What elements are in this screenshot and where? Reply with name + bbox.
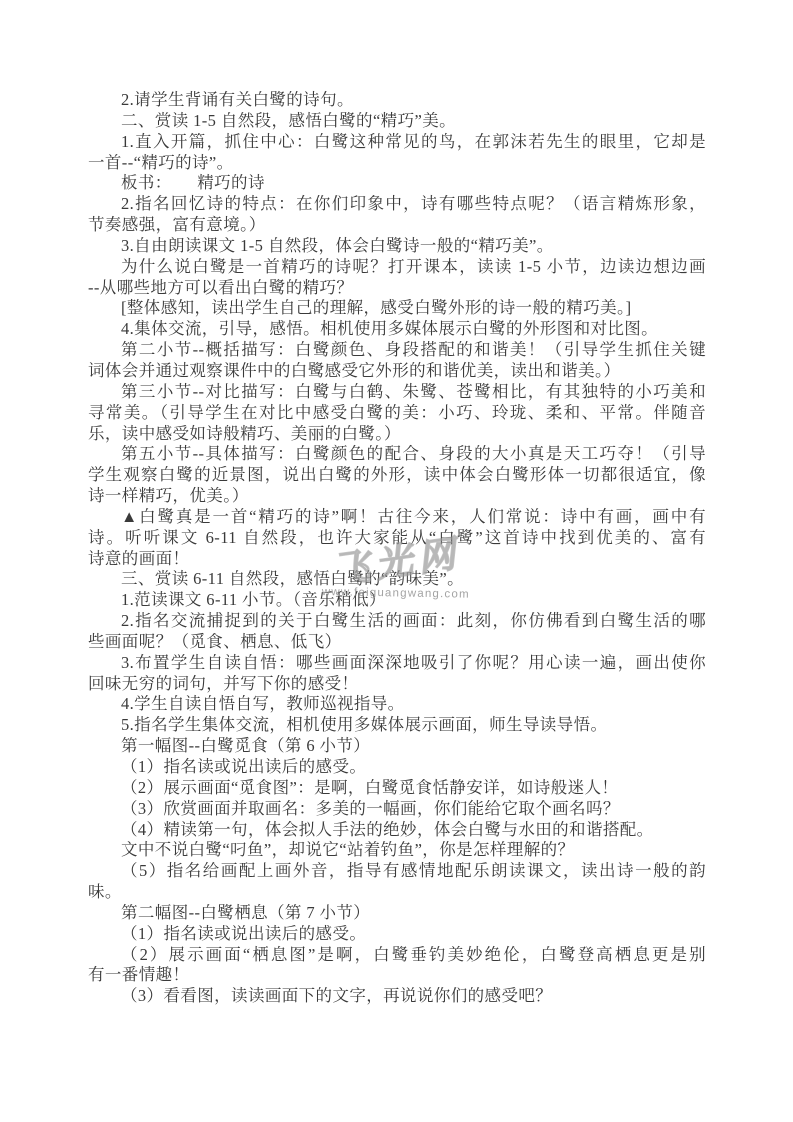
text-line: （1）指名读或说出读后的感受。 bbox=[88, 924, 706, 945]
text-line: 4.集体交流，引导，感悟。相机使用多媒体展示白鹭的外形图和对比图。 bbox=[88, 319, 706, 340]
document-page: 2.请学生背诵有关白鹭的诗句。二、赏读 1-5 自然段，感悟白鹭的“精巧”美。1… bbox=[0, 0, 793, 1122]
text-line: （5）指名给画配上画外音，指导有感情地配乐朗读课文，读出诗一般的韵 bbox=[88, 861, 706, 882]
text-line: 2.指名回忆诗的特点：在你们印象中，诗有哪些特点呢？（语言精炼形象， bbox=[88, 194, 706, 215]
text-line: 学生观察白鹭的近景图，说出白鹭的外形，读中体会白鹭形体一切都很适宜，像 bbox=[88, 465, 706, 486]
text-line: 诗一样精巧，优美。） bbox=[88, 486, 706, 507]
text-line: [整体感知，读出学生自己的理解，感受白鹭外形的诗一般的精巧美。] bbox=[88, 298, 706, 319]
text-line: 3.自由朗读课文 1-5 自然段，体会白鹭诗一般的“精巧美”。 bbox=[88, 236, 706, 257]
text-line: （3）看看图，读读画面下的文字，再说说你们的感受吧？ bbox=[88, 986, 706, 1007]
text-line: 第二幅图--白鹭栖息（第 7 小节） bbox=[88, 903, 706, 924]
text-line: （3）欣赏画面并取画名：多美的一幅画，你们能给它取个画名吗？ bbox=[88, 799, 706, 820]
text-line: 乐，读中感受如诗般精巧、美丽的白鹭。） bbox=[88, 424, 706, 445]
text-line: 寻常美。（引导学生在对比中感受白鹭的美：小巧、玲珑、柔和、平常。伴随音 bbox=[88, 403, 706, 424]
text-line: 一首--“精巧的诗”。 bbox=[88, 153, 706, 174]
text-line: 为什么说白鹭是一首精巧的诗呢？打开课本，读读 1-5 小节，边读边想边画 bbox=[88, 257, 706, 278]
text-line: 板书： 精巧的诗 bbox=[88, 173, 706, 194]
text-line: --从哪些地方可以看出白鹭的精巧？ bbox=[88, 278, 706, 299]
text-line: 第三小节--对比描写：白鹭与白鹤、朱鹭、苍鹭相比，有其独特的小巧美和 bbox=[88, 382, 706, 403]
text-line: （2）展示画面“栖息图”是啊，白鹭垂钓美妙绝伦，白鹭登高栖息更是别 bbox=[88, 945, 706, 966]
text-line: 4.学生自读自悟自写，教师巡视指导。 bbox=[88, 694, 706, 715]
text-line: 三、赏读 6-11 自然段，感悟白鹭的“韵味美”。 bbox=[88, 569, 706, 590]
text-line: 回味无穷的词句，并写下你的感受！ bbox=[88, 674, 706, 695]
text-line: 词体会并通过观察课件中的白鹭感受它外形的和谐优美，读出和谐美。） bbox=[88, 361, 706, 382]
text-line: 些画面呢？（觅食、栖息、低飞） bbox=[88, 632, 706, 653]
text-line: 1.范读课文 6-11 小节。（音乐稍低） bbox=[88, 590, 706, 611]
text-line: 1.直入开篇，抓住中心：白鹭这种常见的鸟，在郭沫若先生的眼里，它却是 bbox=[88, 132, 706, 153]
text-line: 2.指名交流捕捉到的关于白鹭生活的画面：此刻，你仿佛看到白鹭生活的哪 bbox=[88, 611, 706, 632]
text-line: 二、赏读 1-5 自然段，感悟白鹭的“精巧”美。 bbox=[88, 111, 706, 132]
text-line: ▲白鹭真是一首“精巧的诗”啊！古往今来，人们常说：诗中有画，画中有 bbox=[88, 507, 706, 528]
document-body: 2.请学生背诵有关白鹭的诗句。二、赏读 1-5 自然段，感悟白鹭的“精巧”美。1… bbox=[88, 90, 706, 1007]
text-line: 2.请学生背诵有关白鹭的诗句。 bbox=[88, 90, 706, 111]
text-line: （2）展示画面“觅食图”：是啊，白鹭觅食恬静安详，如诗般迷人！ bbox=[88, 778, 706, 799]
text-line: 第五小节--具体描写：白鹭颜色的配合、身段的大小真是天工巧夺！（引导 bbox=[88, 444, 706, 465]
text-line: 诗意的画面！ bbox=[88, 549, 706, 570]
text-line: （4）精读第一句，体会拟人手法的绝妙，体会白鹭与水田的和谐搭配。 bbox=[88, 820, 706, 841]
text-line: 诗。听听课文 6-11 自然段，也许大家能从“白鹭”这首诗中找到优美的、富有 bbox=[88, 528, 706, 549]
text-line: 文中不说白鹭“叼鱼”，却说它“站着钓鱼”，你是怎样理解的？ bbox=[88, 840, 706, 861]
text-line: （1）指名读或说出读后的感受。 bbox=[88, 757, 706, 778]
text-line: 5.指名学生集体交流，相机使用多媒体展示画面，师生导读导悟。 bbox=[88, 715, 706, 736]
text-line: 第一幅图--白鹭觅食（第 6 小节） bbox=[88, 736, 706, 757]
text-line: 3.布置学生自读自悟：哪些画面深深地吸引了你呢？用心读一遍，画出使你 bbox=[88, 653, 706, 674]
text-line: 第二小节--概括描写：白鹭颜色、身段搭配的和谐美！（引导学生抓住关键 bbox=[88, 340, 706, 361]
text-line: 味。 bbox=[88, 882, 706, 903]
text-line: 节奏感强，富有意境。） bbox=[88, 215, 706, 236]
text-line: 有一番情趣！ bbox=[88, 965, 706, 986]
